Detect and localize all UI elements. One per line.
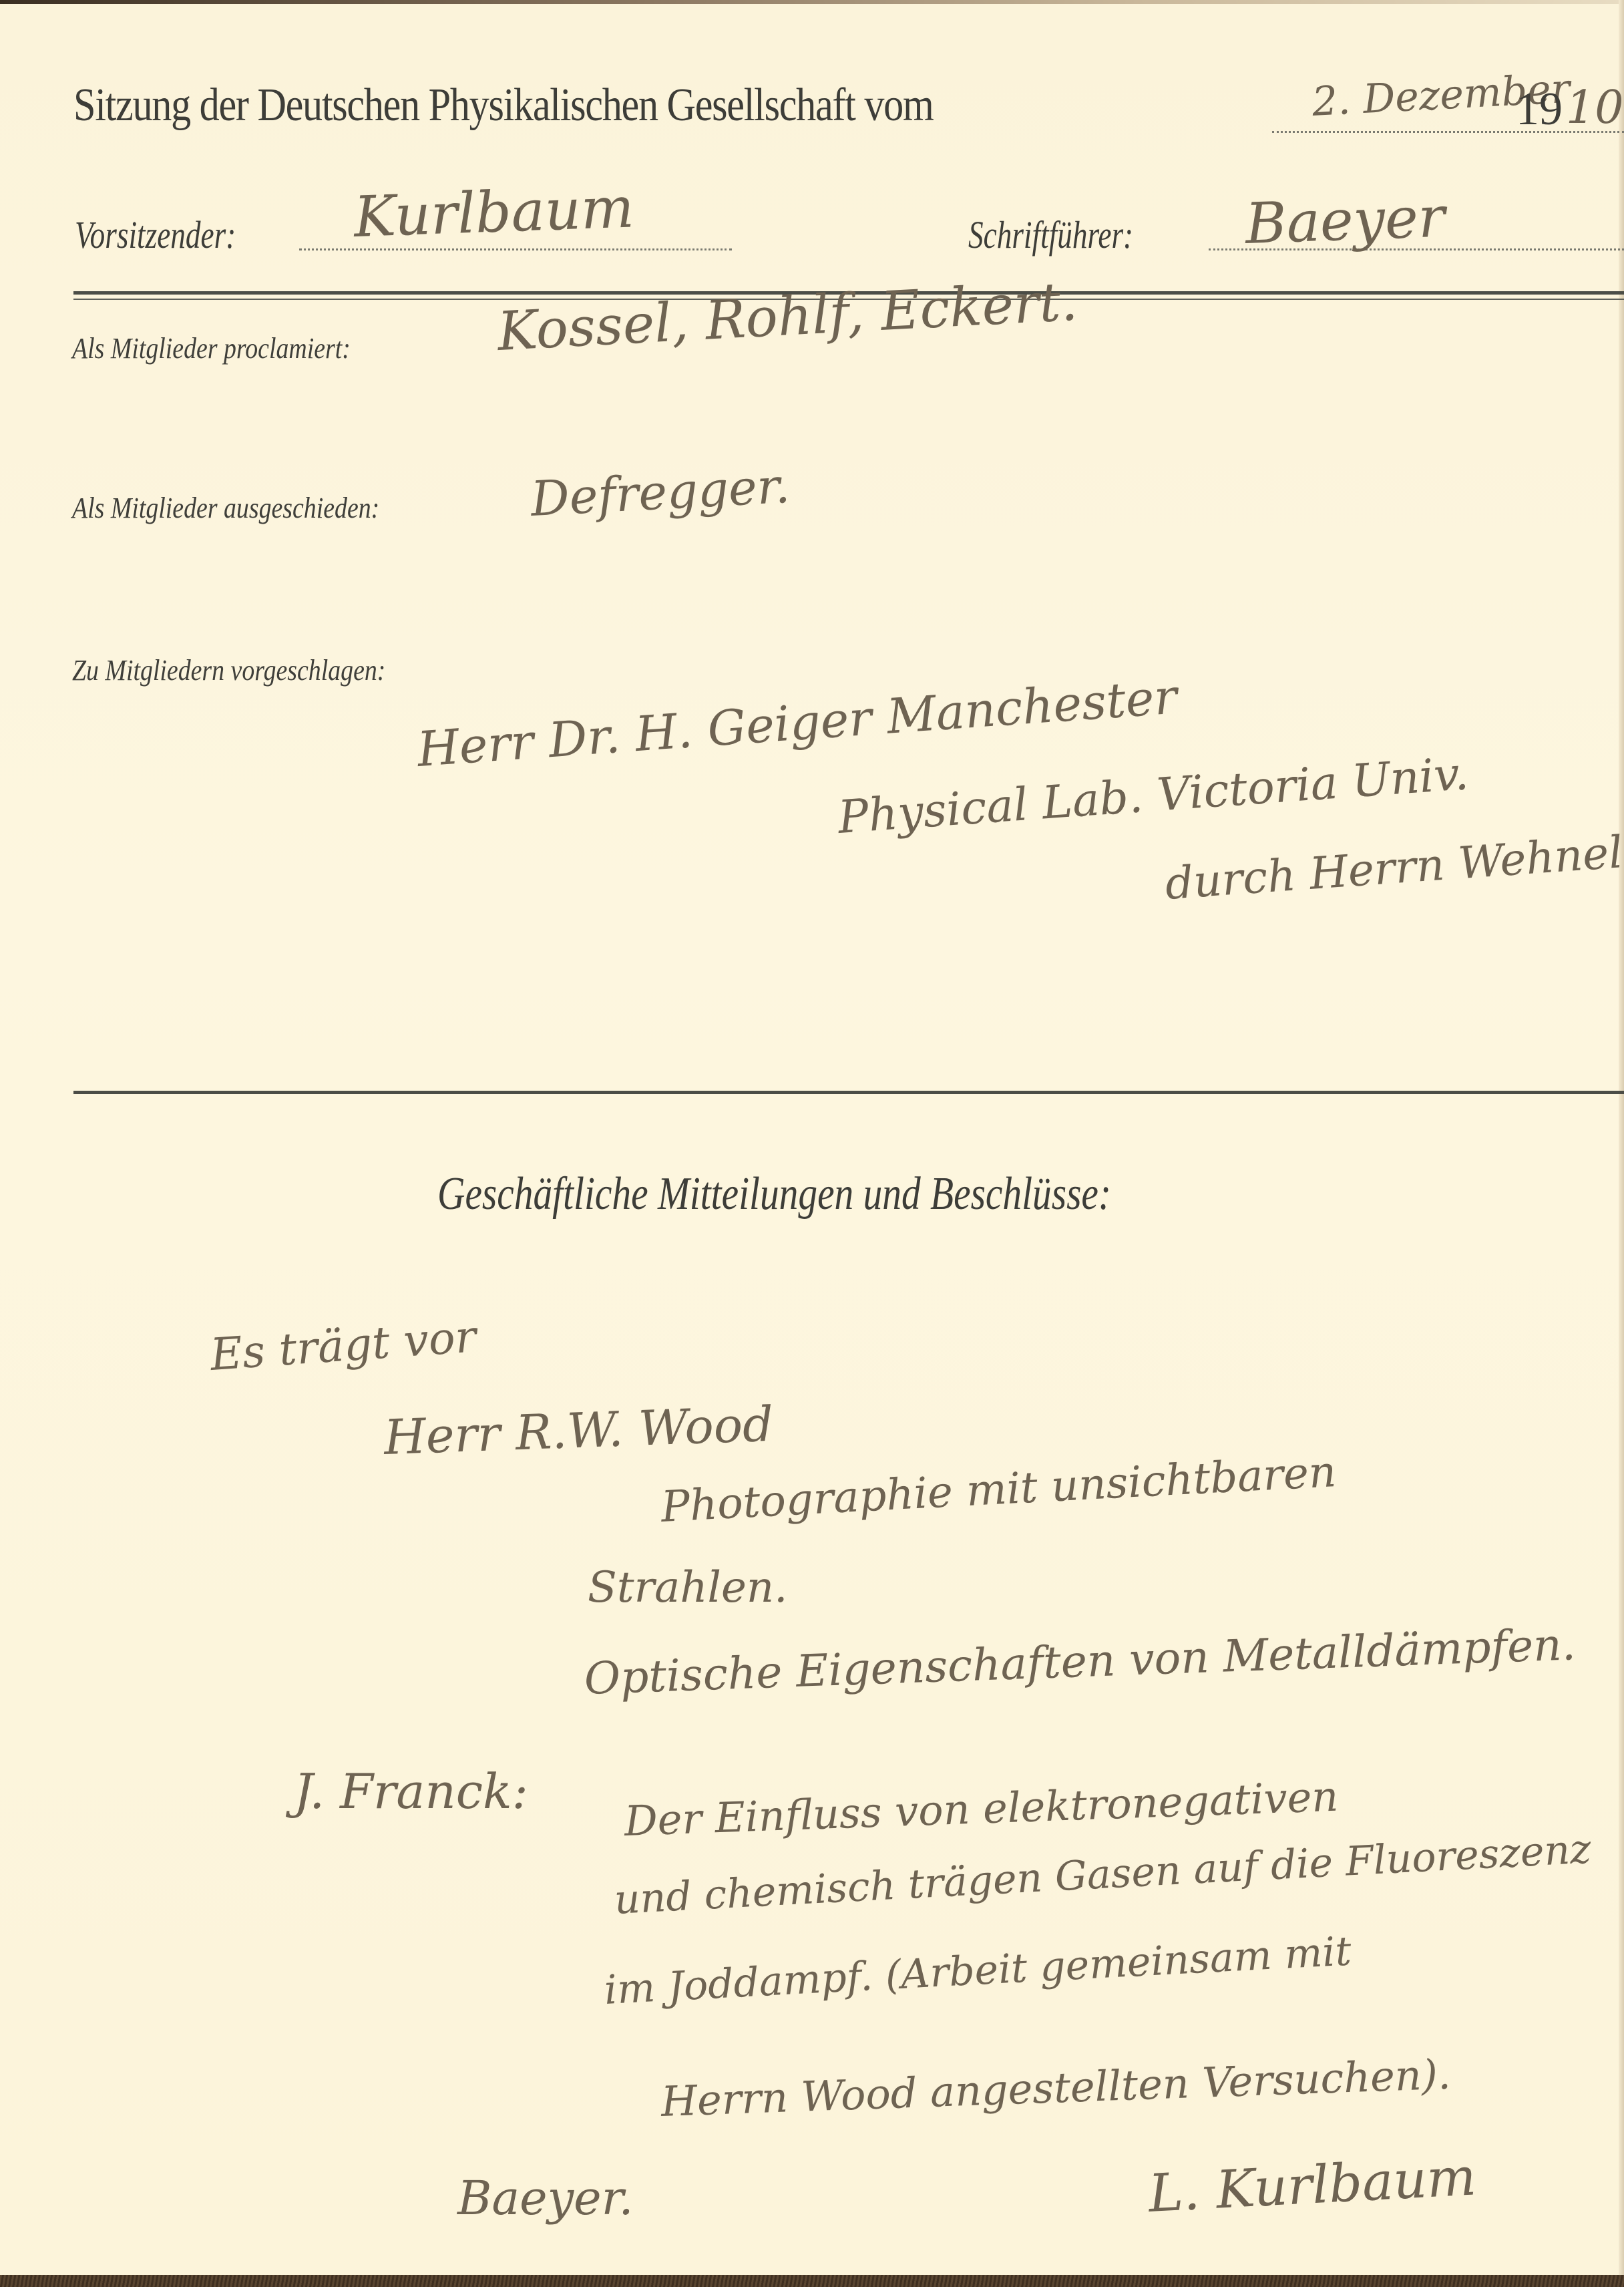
signature-secretary: Baeyer.	[457, 2171, 634, 2226]
page-bottom-edge	[0, 2275, 1624, 2287]
proposed-line-1: Herr Dr. H. Geiger Manchester	[415, 669, 1179, 777]
proposed-line-3: durch Herrn Wehnelt.	[1163, 824, 1624, 910]
business-line-talk1b: Strahlen.	[588, 1563, 787, 1612]
meeting-year-printed: 19	[1516, 83, 1563, 136]
signature-chair: L. Kurlbaum	[1147, 2147, 1478, 2224]
secretary-label: Schriftführer:	[968, 212, 1133, 257]
business-line-intro: Es trägt vor	[208, 1310, 477, 1381]
business-speaker2: J. Franck:	[294, 1763, 528, 1819]
section-rule	[73, 1091, 1624, 1094]
chair-label: Vorsitzender:	[75, 212, 236, 257]
page-right-edge	[1619, 0, 1624, 2275]
business-line-speaker1: Herr R.W. Wood	[383, 1396, 775, 1465]
business-line-talk1a: Photographie mit unsichtbaren	[660, 1447, 1338, 1532]
business-speaker2-line-4: Herrn Wood angestellten Versuchen).	[660, 2050, 1452, 2126]
secretary-value-handwritten: Baeyer	[1244, 184, 1446, 256]
business-speaker2-line-1: Der Einfluss von elektronegativen	[624, 1772, 1340, 1845]
resigned-label: Als Mitglieder ausgeschieden:	[72, 491, 379, 525]
proposed-line-2: Physical Lab. Victoria Univ.	[836, 747, 1470, 844]
meeting-year-handwritten: 10	[1566, 81, 1624, 134]
proclaimed-value-handwritten: Kossel, Rohlf, Eckert.	[496, 271, 1079, 363]
business-line-talk2: Optische Eigenschaften von Metalldämpfen…	[584, 1618, 1577, 1705]
chair-value-handwritten: Kurlbaum	[353, 174, 635, 250]
page-title: Sitzung der Deutschen Physikalischen Ges…	[73, 79, 934, 132]
proclaimed-label: Als Mitglieder proclamiert:	[72, 331, 351, 365]
business-heading: Geschäftliche Mitteilungen und Beschlüss…	[437, 1168, 1111, 1221]
proposed-label: Zu Mitgliedern vorgeschlagen:	[72, 653, 385, 687]
ledger-page: Sitzung der Deutschen Physikalischen Ges…	[0, 0, 1624, 2287]
resigned-value-handwritten: Defregger.	[530, 458, 791, 527]
page-top-edge	[0, 0, 1624, 4]
business-speaker2-line-3: im Joddampf. (Arbeit gemeinsam mit	[603, 1928, 1352, 2014]
